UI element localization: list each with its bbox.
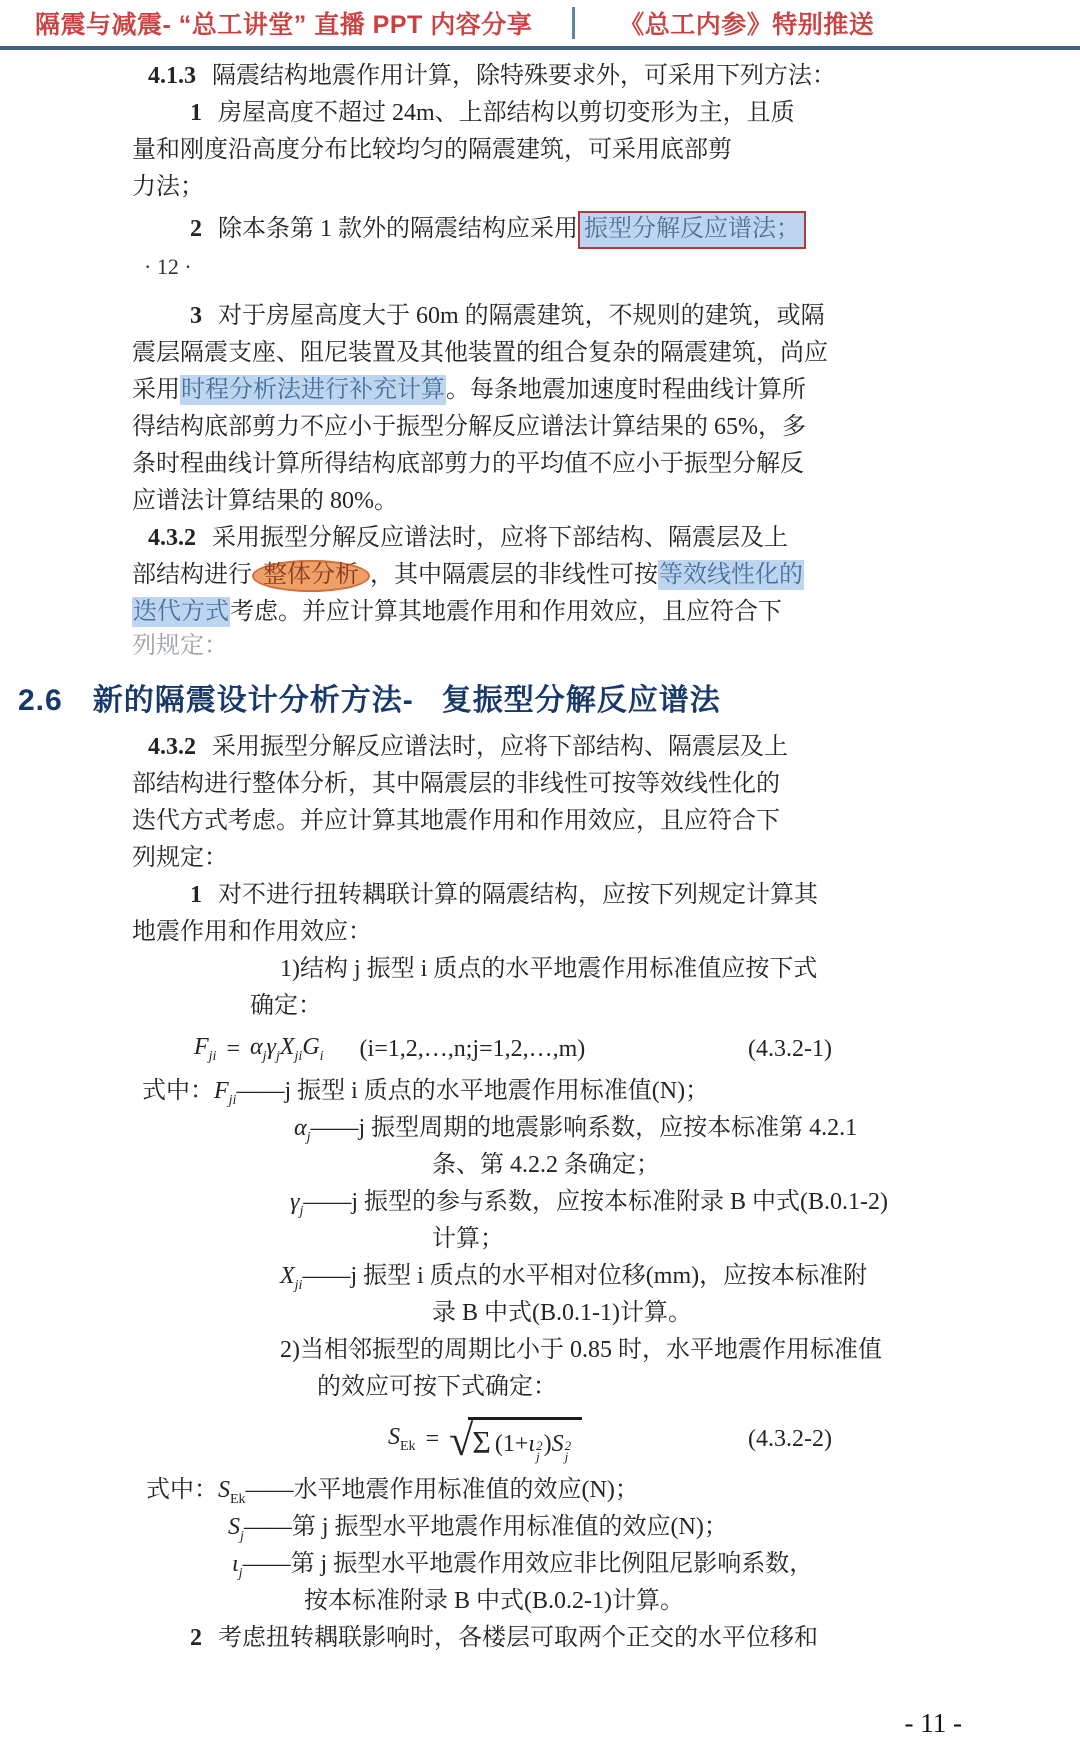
item-number: 2 (190, 1625, 202, 1651)
def-line: 条、第 4.2.2 条确定； (132, 1147, 838, 1184)
formula-label: (4.3.2-1) (748, 1036, 832, 1063)
scan-line: 部结构进行整体分析，其中隔震层的非线性可按等效线性化的 (132, 557, 838, 594)
scan-page-marker: · 12 · (132, 252, 838, 282)
clause-number: 4.3.2 (148, 734, 196, 760)
formula-label: (4.3.2-2) (748, 1426, 832, 1453)
scan-line: 力法； (132, 169, 838, 206)
item-number: 2 (190, 216, 202, 242)
scan-line: 得结构底部剪力不应小于振型分解反应谱法计算结果的 65%，多 (132, 409, 838, 446)
def-line: Sj——第 j 振型水平地震作用标准值的效应(N)； (132, 1509, 838, 1546)
highlight-blue: 迭代方式 (132, 597, 230, 627)
highlight-blue: 时程分析法进行补充计算 (180, 375, 446, 405)
scan-line: 的效应可按下式确定： (132, 1369, 838, 1406)
header-left-title: 隔震与减震- “总工讲堂” 直播 PPT 内容分享 (35, 5, 532, 41)
def-line: 式中：Fji——j 振型 i 质点的水平地震作用标准值(N)； (132, 1073, 838, 1110)
section-heading: 2.6新的隔震设计分析方法-复振型分解反应谱法 (18, 675, 1080, 719)
highlight-orange-ellipse: 整体分析 (252, 560, 370, 592)
scan-line: 列规定： (132, 840, 838, 877)
highlight-red-box: 振型分解反应谱法； (578, 211, 806, 249)
def-line: 按本标准附录 B 中式(B.0.2-1)计算。 (132, 1583, 838, 1620)
section-title-part2: 复振型分解反应谱法 (442, 684, 721, 717)
sub-sup-stack: 2j (536, 1440, 543, 1462)
clause-number: 4.3.2 (148, 525, 196, 551)
def-line: 式中：SEk——水平地震作用标准值的效应(N)； (132, 1472, 838, 1509)
scan-line: 迭代方式考虑。并应计算其地震作用和作用效应，且应符合下 (132, 594, 838, 631)
formula-lhs: Fji (194, 1034, 216, 1065)
equals-sign: = (426, 1426, 440, 1453)
formula-4-3-2-1: Fji = αjγjXjiGi (i=1,2,…,n;j=1,2,…,m) (4… (132, 1025, 838, 1073)
def-line: αj——j 振型周期的地震影响系数，应按本标准第 4.2.1 (132, 1110, 838, 1147)
scan-line: 应谱法计算结果的 80%。 (132, 483, 838, 520)
section-number: 2.6 (18, 684, 63, 717)
def-line: Xji——j 振型 i 质点的水平相对位移(mm)，应按本标准附 (132, 1258, 838, 1295)
header-right-title: 《总工内参》特别推送 (619, 5, 874, 41)
def-line: 录 B 中式(B.0.1-1)计算。 (132, 1295, 838, 1332)
def-line: γj——j 振型的参与系数，应按本标准附录 B 中式(B.0.1-2) (132, 1184, 838, 1221)
scan-line: 采用时程分析法进行补充计算。每条地震加速度时程曲线计算所 (132, 372, 838, 409)
formula-condition: (i=1,2,…,n;j=1,2,…,m) (360, 1036, 586, 1063)
highlight-blue: 等效线性化的 (658, 560, 804, 590)
summation-sign: Σ (472, 1424, 491, 1460)
formula-lhs: SEk (388, 1424, 416, 1455)
scan-line: 4.3.2采用振型分解反应谱法时，应将下部结构、隔震层及上 (132, 729, 838, 766)
def-line: 计算； (132, 1221, 838, 1258)
scan-line: 2除本条第 1 款外的隔震结构应采用振型分解反应谱法； (132, 206, 838, 252)
formula-rhs: αjγjXjiGi (250, 1034, 324, 1065)
item-number: 3 (190, 303, 202, 329)
equals-sign: = (226, 1036, 240, 1063)
radical-sign: √ (449, 1426, 473, 1456)
header-banner: 隔震与减震- “总工讲堂” 直播 PPT 内容分享 《总工内参》特别推送 (0, 0, 1080, 50)
scan-line: 部结构进行整体分析，其中隔震层的非线性可按等效线性化的 (132, 766, 838, 803)
scan-line: 地震作用和作用效应： (132, 914, 838, 951)
page-number: - 11 - (905, 1708, 962, 1739)
scanned-excerpt-1: 4.1.3隔震结构地震作用计算，除特殊要求外，可采用下列方法： 1房屋高度不超过… (132, 58, 838, 661)
scanned-excerpt-2: 4.3.2采用振型分解反应谱法时，应将下部结构、隔震层及上 部结构进行整体分析，… (132, 729, 838, 1657)
scan-line: 4.1.3隔震结构地震作用计算，除特殊要求外，可采用下列方法： (132, 58, 838, 95)
scan-line: 量和刚度沿高度分布比较均匀的隔震建筑，可采用底部剪 (132, 132, 838, 169)
scan-line: 迭代方式考虑。并应计算其地震作用和作用效应，且应符合下 (132, 803, 838, 840)
scan-line: 2)当相邻振型的周期比小于 0.85 时，水平地震作用标准值 (132, 1332, 838, 1369)
formula-4-3-2-2: SEk = √Σ(1+ι2j)S2j (4.3.2-2) (132, 1406, 838, 1472)
radicand: Σ(1+ι2j)S2j (468, 1417, 582, 1462)
document-page: 隔震与减震- “总工讲堂” 直播 PPT 内容分享 《总工内参》特别推送 4.1… (0, 0, 1080, 1751)
section-title-part1: 新的隔震设计分析方法- (93, 684, 414, 717)
clause-number: 4.1.3 (148, 63, 196, 89)
scan-line: 1)结构 j 振型 i 质点的水平地震作用标准值应按下式 (132, 951, 838, 988)
item-number: 1 (190, 882, 202, 908)
scan-line: 条时程曲线计算所得结构底部剪力的平均值不应小于振型分解反 (132, 446, 838, 483)
scan-line-faded: 列规定： (132, 631, 838, 661)
scan-line: 震层隔震支座、阻尼装置及其他装置的组合复杂的隔震建筑，尚应 (132, 335, 838, 372)
scan-line: 1房屋高度不超过 24m、上部结构以剪切变形为主，且质 (132, 95, 838, 132)
sub-sup-stack: 2j (565, 1440, 572, 1462)
item-number: 1 (190, 100, 202, 126)
scan-line: 1对不进行扭转耦联计算的隔震结构，应按下列规定计算其 (132, 877, 838, 914)
scan-line: 确定： (132, 988, 838, 1025)
scan-line: 3对于房屋高度大于 60m 的隔震建筑，不规则的建筑，或隔 (132, 298, 838, 335)
header-divider (572, 7, 575, 39)
scan-line: 4.3.2采用振型分解反应谱法时，应将下部结构、隔震层及上 (132, 520, 838, 557)
scan-line: 2考虑扭转耦联影响时，各楼层可取两个正交的水平位移和 (132, 1620, 838, 1657)
def-line: ιj——第 j 振型水平地震作用效应非比例阻尼影响系数， (132, 1546, 838, 1583)
